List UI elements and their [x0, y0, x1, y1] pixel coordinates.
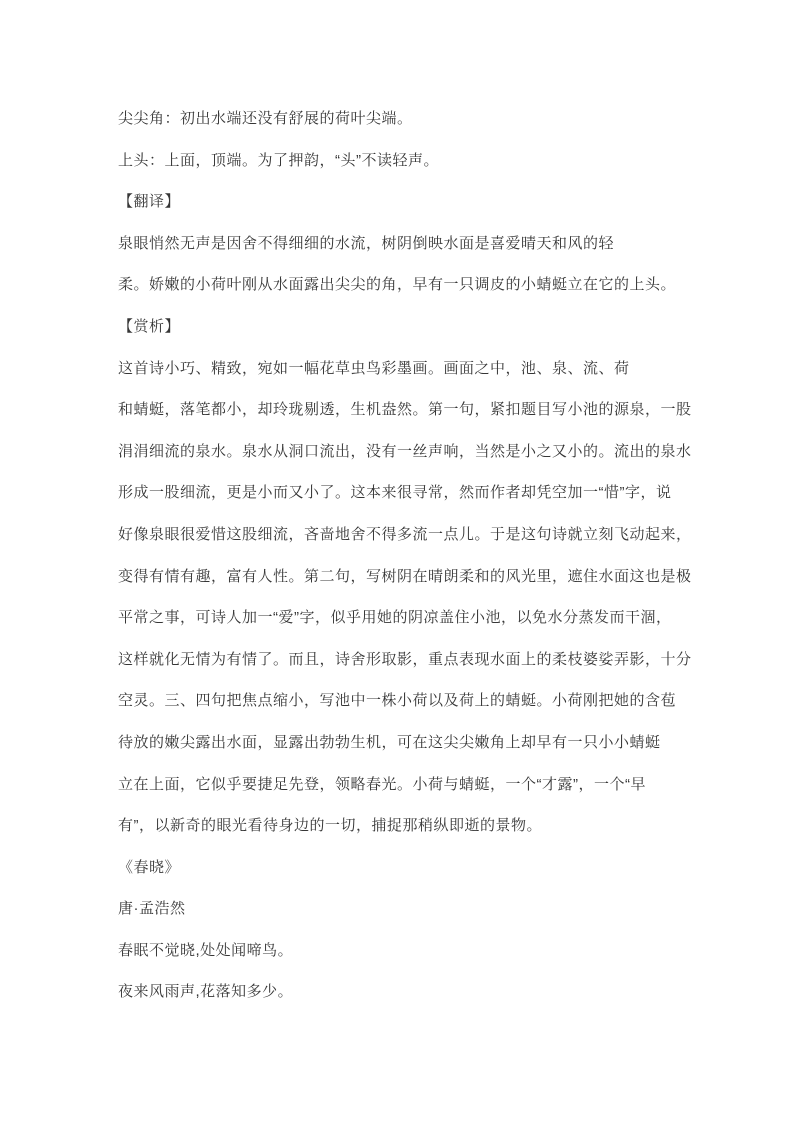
document-page-background: { "page": { "background_color": "#ffffff… [0, 0, 793, 1122]
poem-author: 唐·孟浩然 [118, 888, 685, 930]
translation-line-2: 柔。娇嫩的小荷叶刚从水面露出尖尖的角，早有一只调皮的小蜻蜓立在它的上头。 [118, 264, 685, 306]
appreciation-line-3: 涓涓细流的泉水。泉水从洞口流出，没有一丝声响，当然是小之又小的。流出的泉水 [118, 431, 685, 473]
appreciation-line-7: 平常之事，可诗人加一“爱”字，似乎用她的阴凉盖住小池，以免水分蒸发而干涸， [118, 597, 685, 639]
section-header-translation: 【翻译】 [118, 181, 685, 223]
poem-verse-1: 春眠不觉晓,处处闻啼鸟。 [118, 930, 685, 972]
poem-title: 《春晓》 [118, 847, 685, 889]
appreciation-line-11: 立在上面，它似乎要捷足先登，领略春光。小荷与蜻蜓，一个“才露”，一个“早 [118, 764, 685, 806]
appreciation-line-6: 变得有情有趣，富有人性。第二句，写树阴在晴朗柔和的风光里，遮住水面这也是极 [118, 556, 685, 598]
appreciation-line-10: 待放的嫩尖露出水面，显露出勃勃生机，可在这尖尖嫩角上却早有一只小小蜻蜓 [118, 722, 685, 764]
document-body: 尖尖角：初出水端还没有舒展的荷叶尖端。 上头：上面，顶端。为了押韵，“头”不读轻… [118, 98, 685, 1013]
appreciation-line-4: 形成一股细流，更是小而又小了。这本来很寻常，然而作者却凭空加一“惜”字，说 [118, 472, 685, 514]
appreciation-line-5: 好像泉眼很爱惜这股细流，吝啬地舍不得多流一点儿。于是这句诗就立刻飞动起来， [118, 514, 685, 556]
appreciation-line-8: 这样就化无情为有情了。而且，诗舍形取影，重点表现水面上的柔枝婆娑弄影，十分 [118, 639, 685, 681]
document-page: 尖尖角：初出水端还没有舒展的荷叶尖端。 上头：上面，顶端。为了押韵，“头”不读轻… [0, 0, 793, 1122]
poem-verse-2: 夜来风雨声,花落知多少。 [118, 971, 685, 1013]
note-line-shangtou: 上头：上面，顶端。为了押韵，“头”不读轻声。 [118, 140, 685, 182]
note-line-jianjianjiao: 尖尖角：初出水端还没有舒展的荷叶尖端。 [118, 98, 685, 140]
appreciation-line-12: 有”，以新奇的眼光看待身边的一切，捕捉那稍纵即逝的景物。 [118, 805, 685, 847]
appreciation-line-9: 空灵。三、四句把焦点缩小，写池中一株小荷以及荷上的蜻蜓。小荷刚把她的含苞 [118, 680, 685, 722]
appreciation-line-2: 和蜻蜓，落笔都小，却玲珑剔透，生机盎然。第一句，紧扣题目写小池的源泉，一股 [118, 389, 685, 431]
translation-line-1: 泉眼悄然无声是因舍不得细细的水流，树阴倒映水面是喜爱晴天和风的轻 [118, 223, 685, 265]
appreciation-line-1: 这首诗小巧、精致，宛如一幅花草虫鸟彩墨画。画面之中，池、泉、流、荷 [118, 348, 685, 390]
section-header-appreciation: 【赏析】 [118, 306, 685, 348]
